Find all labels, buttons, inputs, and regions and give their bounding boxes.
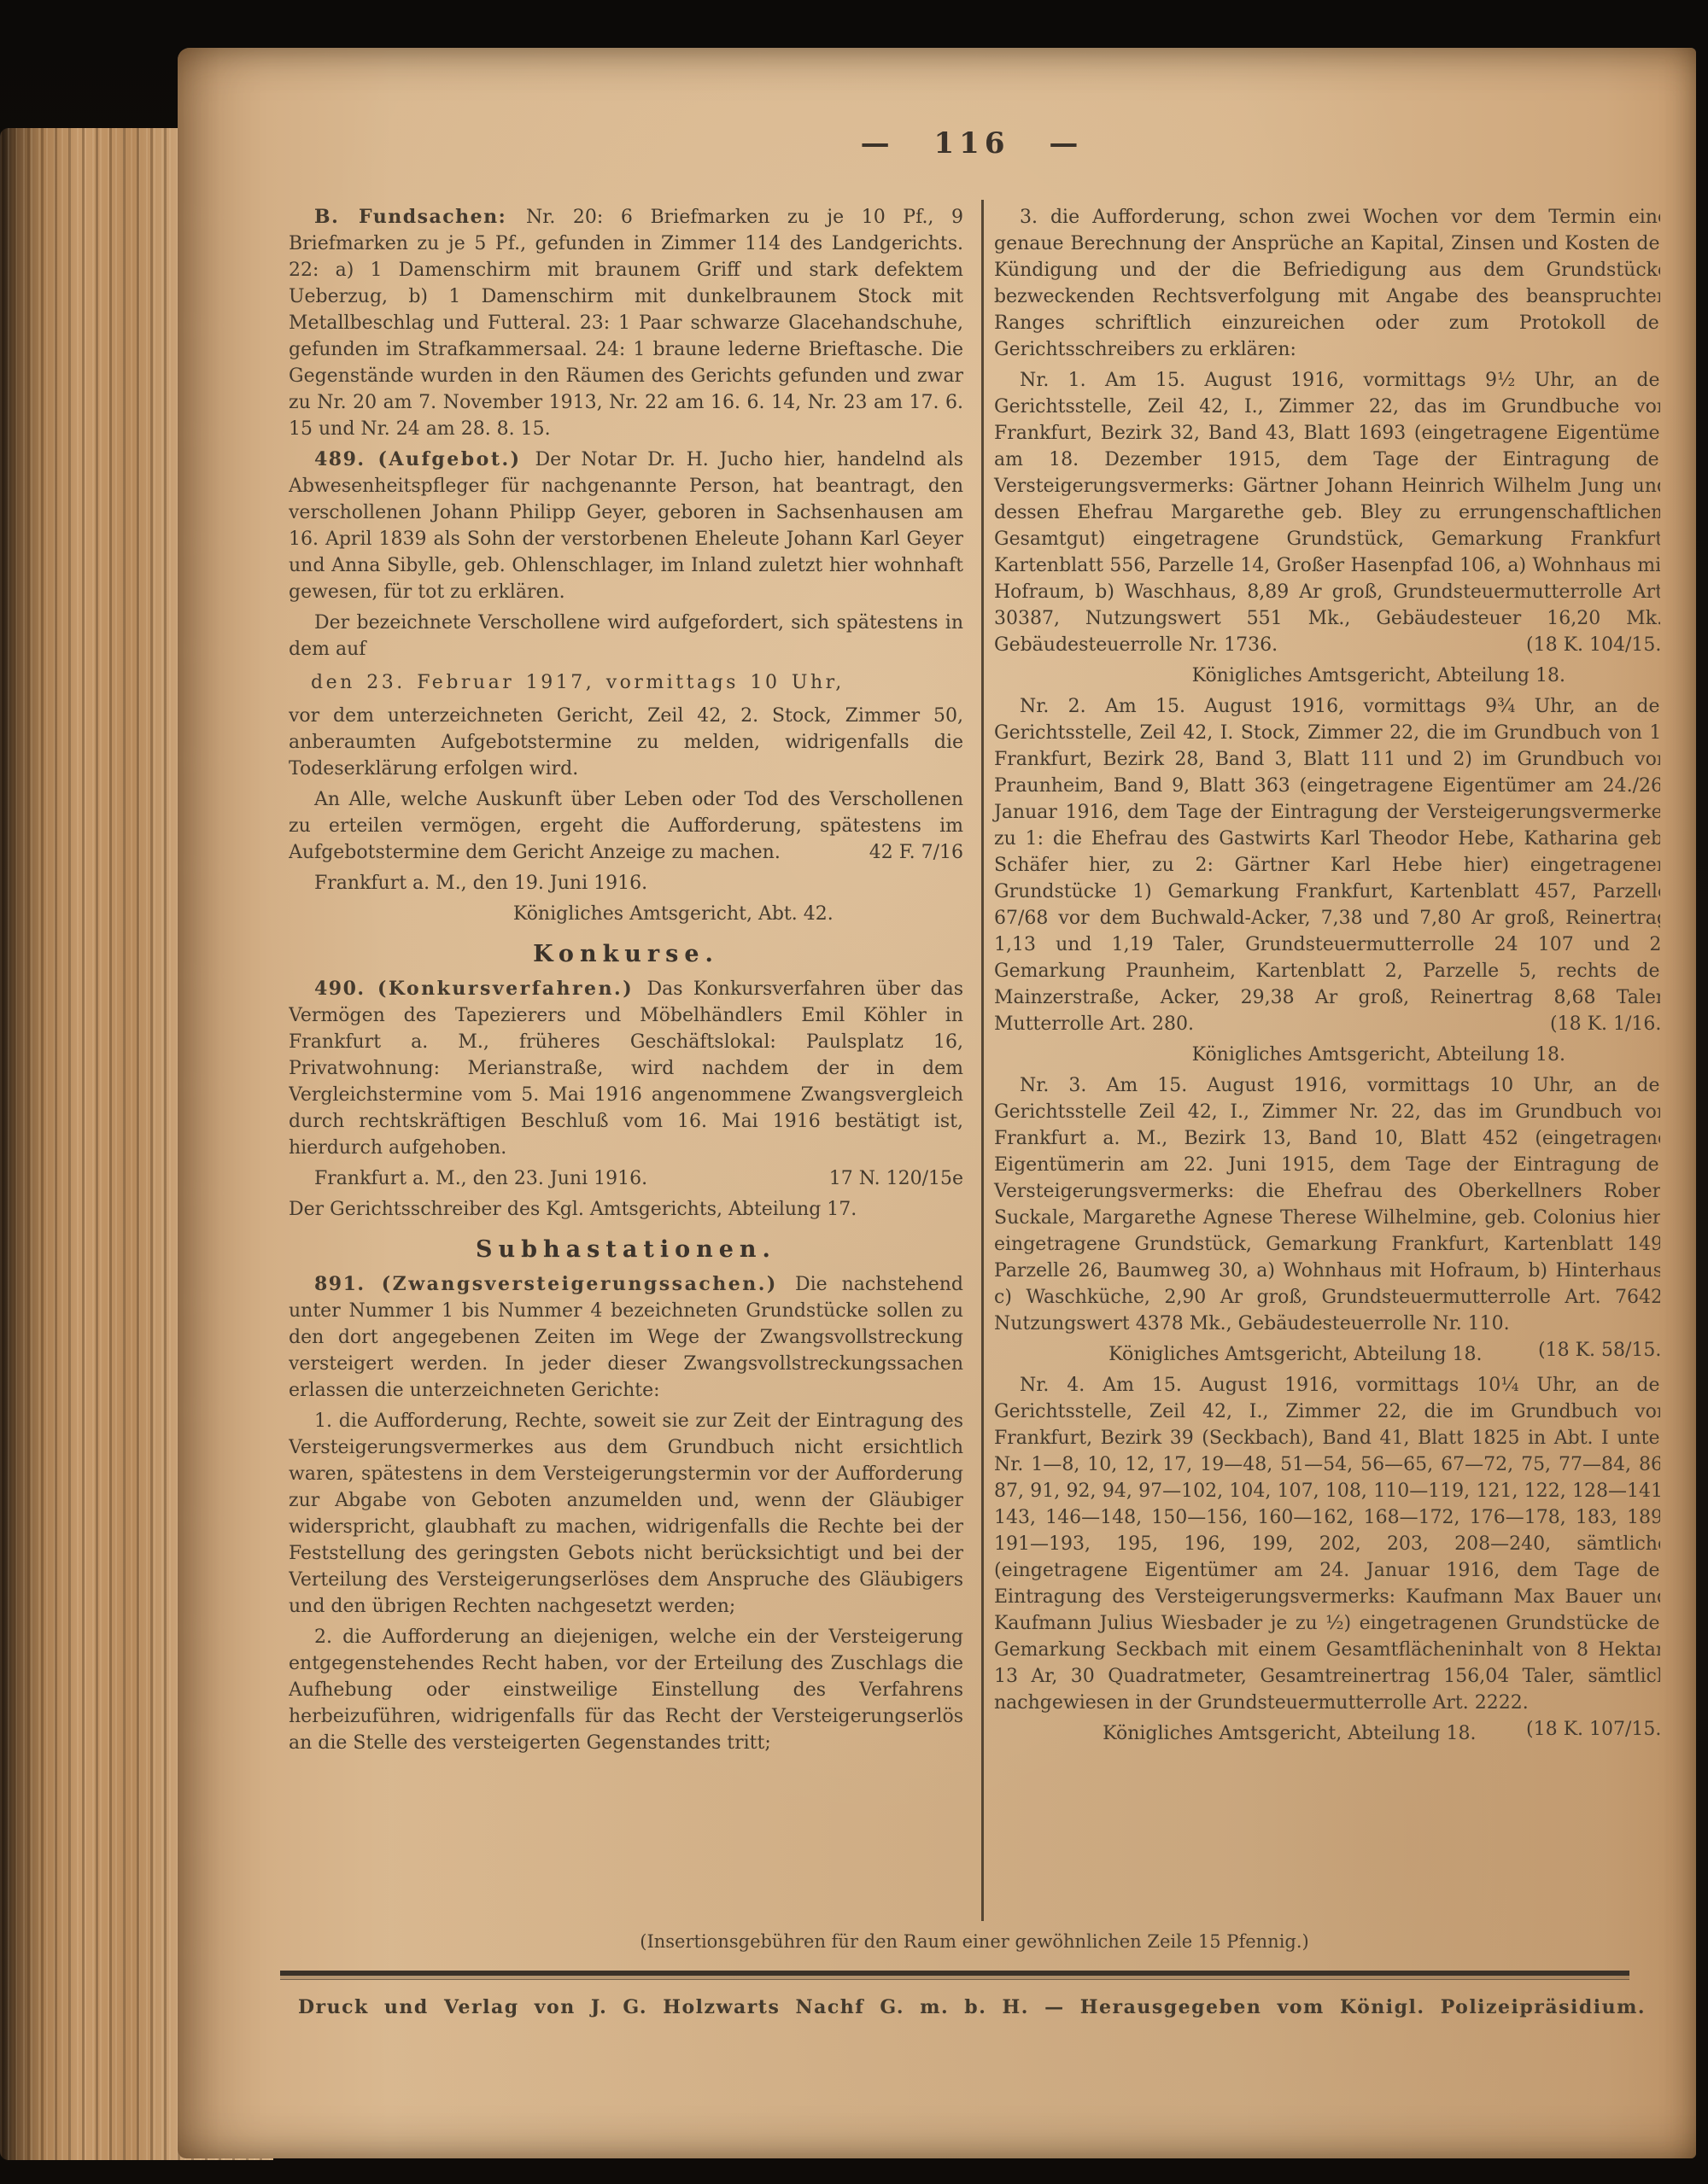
file-reference-tag: (18 K. 104/15.): [1500, 632, 1660, 658]
paragraph-lead-title: (Konkursverfahren.): [377, 978, 647, 1000]
paragraph-lead: 891.: [314, 1273, 382, 1295]
footer-rule: [280, 1971, 1629, 1980]
paragraph-text: Der bezeichnete Verschollene wird aufgef…: [289, 612, 963, 660]
aufgebot-dateline: Frankfurt a. M., den 19. Juni 1916.: [289, 870, 963, 896]
paragraph-text: Der Notar Dr. H. Jucho hier, handelnd al…: [289, 449, 963, 603]
paragraph-text: vor dem unterzeichneten Gericht, Zeil 42…: [289, 705, 963, 780]
paragraph-text: Königliches Amtsgericht, Abteilung 18.: [1192, 665, 1565, 686]
section-heading-subhastationen: Subhastationen.: [289, 1236, 963, 1263]
paragraph-lead: 490.: [314, 978, 377, 1000]
konkurs-dateline: Frankfurt a. M., den 23. Juni 1916.17 N.…: [289, 1165, 963, 1192]
court-signature-18-1: Königliches Amtsgericht, Abteilung 18.: [994, 663, 1660, 689]
right-column: 3. die Aufforderung, schon zwei Wochen v…: [981, 200, 1660, 1921]
paragraph-text: Königliches Amtsgericht, Abteilung 18.: [1103, 1723, 1476, 1744]
aufgebot-notice-489: 489. (Aufgebot.) Der Notar Dr. H. Jucho …: [289, 447, 963, 605]
paragraph-lead: 489.: [314, 448, 377, 470]
aufforderung-punkt-2: 2. die Aufforderung an diejenigen, welch…: [289, 1624, 963, 1756]
file-reference-tag: (18 K. 58/15.): [1512, 1337, 1660, 1364]
aufforderung-punkt-1: 1. die Aufforderung, Rechte, soweit sie …: [289, 1408, 963, 1620]
paragraph-text: Frankfurt a. M., den 23. Juni 1916.: [314, 1168, 647, 1189]
paragraph-text: Das Konkursverfahren über das Vermögen d…: [289, 978, 963, 1159]
file-reference-tag: 42 F. 7/16: [844, 839, 963, 866]
aufgebot-summons-rest: vor dem unterzeichneten Gericht, Zeil 42…: [289, 703, 963, 782]
paragraph-text: Nr. 20: 6 Briefmarken zu je 10 Pf., 9 Br…: [289, 207, 963, 440]
paragraph-text: Nr. 4. Am 15. August 1916, vormittags 10…: [994, 1375, 1660, 1714]
page-content: — 116 — B. Fundsachen: Nr. 20: 6 Briefma…: [178, 48, 1696, 2158]
versteigerung-nr-4: Nr. 4. Am 15. August 1916, vormittags 10…: [994, 1372, 1660, 1716]
paragraph-text: Nr. 2. Am 15. August 1916, vormittags 9¾…: [994, 696, 1660, 1035]
paragraph-text: 3. die Aufforderung, schon zwei Wochen v…: [994, 207, 1660, 360]
paragraph-text: Königliches Amtsgericht, Abteilung 18.: [1192, 1044, 1565, 1066]
file-reference-tag: (18 K. 1/16.): [1524, 1011, 1660, 1037]
paragraph-lead: B. Fundsachen:: [314, 206, 526, 228]
file-reference-tag: 17 N. 120/15e: [804, 1165, 963, 1192]
konkurs-signature: Der Gerichtsschreiber des Kgl. Amtsgeric…: [289, 1196, 963, 1223]
page-number: — 116 —: [289, 126, 1655, 161]
section-heading-konkurse: Konkurse.: [289, 941, 963, 967]
left-column: B. Fundsachen: Nr. 20: 6 Briefmarken zu …: [289, 200, 974, 1921]
zwangsversteigerung-notice-891: 891. (Zwangsversteigerungssachen.) Die n…: [289, 1271, 963, 1404]
paragraph-text: Königliches Amtsgericht, Abt. 42.: [513, 903, 834, 925]
paragraph-lead-title: (Aufgebot.): [377, 448, 535, 470]
file-reference-tag: (18 K. 107/15.): [1500, 1716, 1660, 1743]
imprint-line: Druck und Verlag von J. G. Holzwarts Nac…: [229, 1996, 1708, 2018]
paragraph-text: Konkurse.: [533, 941, 719, 967]
aufgebot-summons-intro: Der bezeichnete Verschollene wird aufgef…: [289, 610, 963, 663]
aufgebot-request: An Alle, welche Auskunft über Leben oder…: [289, 786, 963, 866]
fundsachen-notice: B. Fundsachen: Nr. 20: 6 Briefmarken zu …: [289, 204, 963, 442]
versteigerung-nr-2: Nr. 2. Am 15. August 1916, vormittags 9¾…: [994, 693, 1660, 1037]
paragraph-text: Nr. 1. Am 15. August 1916, vormittags 9½…: [994, 370, 1660, 656]
paragraph-text: Der Gerichtsschreiber des Kgl. Amtsgeric…: [289, 1199, 857, 1220]
two-column-text-area: B. Fundsachen: Nr. 20: 6 Briefmarken zu …: [289, 200, 1660, 1921]
paragraph-text: Subhastationen.: [476, 1236, 776, 1263]
paragraph-text: 2. die Aufforderung an diejenigen, welch…: [289, 1626, 963, 1754]
aufgebot-signature: Königliches Amtsgericht, Abt. 42.: [289, 901, 963, 927]
paragraph-text: Nr. 3. Am 15. August 1916, vormittags 10…: [994, 1075, 1660, 1334]
konkurs-notice-490: 490. (Konkursverfahren.) Das Konkursverf…: [289, 976, 963, 1161]
paragraph-text: den 23. Februar 1917, vormittags 10 Uhr,: [311, 672, 845, 693]
paragraph-text: Königliches Amtsgericht, Abteilung 18.: [1108, 1344, 1482, 1365]
paragraph-text: Frankfurt a. M., den 19. Juni 1916.: [314, 873, 647, 894]
court-signature-18-2: Königliches Amtsgericht, Abteilung 18.: [994, 1042, 1660, 1068]
scanned-gazette-page: { "page": { "number": "116", "number_dis…: [0, 0, 1708, 2184]
versteigerung-nr-1: Nr. 1. Am 15. August 1916, vormittags 9½…: [994, 367, 1660, 658]
paragraph-text: 1. die Aufforderung, Rechte, soweit sie …: [289, 1410, 963, 1617]
aufgebot-term-date: den 23. Februar 1917, vormittags 10 Uhr,: [289, 669, 963, 696]
gazette-paper-sheet: — 116 — B. Fundsachen: Nr. 20: 6 Briefma…: [178, 48, 1696, 2158]
versteigerung-nr-3: Nr. 3. Am 15. August 1916, vormittags 10…: [994, 1072, 1660, 1337]
insertion-fee-footnote: (Insertionsgebühren für den Raum einer g…: [289, 1931, 1660, 1952]
aufforderung-punkt-3: 3. die Aufforderung, schon zwei Wochen v…: [994, 204, 1660, 363]
paragraph-lead-title: (Zwangsversteigerungssachen.): [382, 1273, 795, 1295]
